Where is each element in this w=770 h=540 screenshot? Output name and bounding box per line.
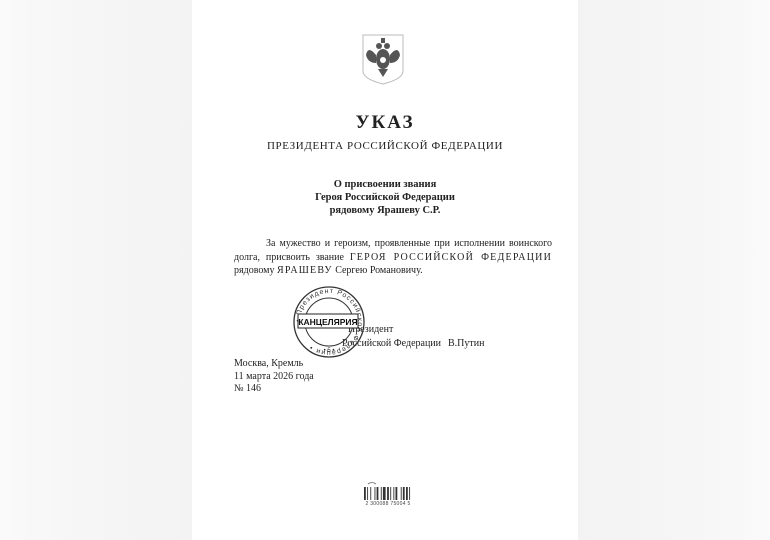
chancellery-stamp: • Президент Российской Федерации • КАНЦЕ…: [290, 286, 368, 358]
body-surname-caps: ЯРАШЕВУ: [277, 265, 333, 276]
decree-number: № 146: [234, 383, 314, 396]
place: Москва, Кремль: [234, 358, 314, 371]
body-text: Сергею Романовичу.: [333, 265, 423, 276]
barcode-number: 2 300088 75004 5: [352, 501, 424, 507]
heading-line: Героя Российской Федерации: [0, 191, 770, 204]
place-date-block: Москва, Кремль 11 марта 2026 года № 146: [234, 358, 314, 396]
body-title-caps: ГЕРОЯ РОССИЙСКОЙ ФЕДЕРАЦИИ: [350, 252, 552, 263]
heading-line: рядовому Ярашеву С.Р.: [0, 204, 770, 217]
svg-text:• 5 •: • 5 •: [324, 348, 335, 354]
body-text: рядовому: [234, 265, 277, 276]
document-subtitle: ПРЕЗИДЕНТА РОССИЙСКОЙ ФЕДЕРАЦИИ: [0, 140, 770, 152]
svg-text:КАНЦЕЛЯРИЯ: КАНЦЕЛЯРИЯ: [298, 317, 357, 327]
date: 11 марта 2026 года: [234, 371, 314, 384]
barcode: [358, 481, 418, 515]
document-title: УКАЗ: [0, 112, 770, 134]
decree-body: За мужество и героизм, проявленные при и…: [234, 237, 552, 278]
background-left: [0, 0, 192, 540]
decree-heading: О присвоении звания Героя Российской Фед…: [0, 178, 770, 217]
russian-coat-of-arms-icon: [360, 33, 406, 85]
heading-line: О присвоении звания: [0, 178, 770, 191]
signature-name: В.Путин: [448, 338, 484, 349]
background-right: [578, 0, 770, 540]
